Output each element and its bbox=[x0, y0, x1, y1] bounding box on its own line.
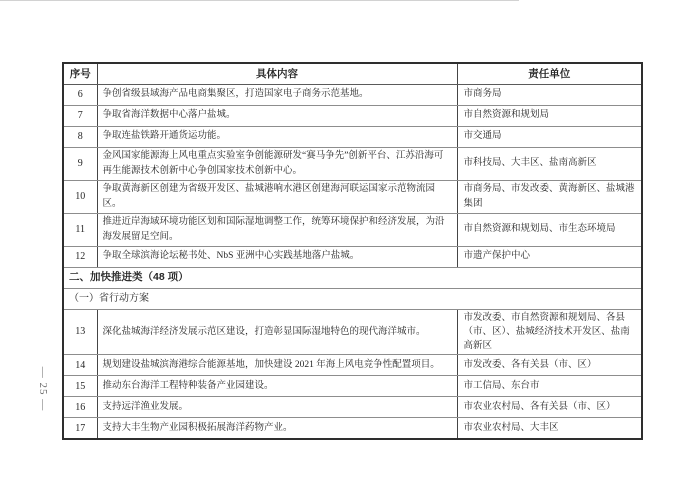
row-number-cell: 9 bbox=[63, 147, 97, 180]
row-number-cell: 11 bbox=[63, 213, 97, 246]
header-责任单位: 责任单位 bbox=[457, 63, 642, 84]
unit-cell: 市农业农村局、各有关县（市、区） bbox=[457, 397, 642, 418]
row-number-cell: 14 bbox=[63, 355, 97, 376]
row-number-cell: 10 bbox=[63, 180, 97, 213]
table-row: 14规划建设盐城滨海港综合能源基地，加快建设 2021 年海上风电竞争性配置项目… bbox=[63, 355, 642, 376]
unit-cell: 市商务局、市发改委、黄海新区、盐城港集团 bbox=[457, 180, 642, 213]
header-序号: 序号 bbox=[63, 63, 97, 84]
content-cell: 争取全球滨海论坛秘书处、NbS 亚洲中心实践基地落户盐城。 bbox=[97, 246, 457, 267]
content-cell: 争取黄海新区创建为省级开发区、盐城港响水港区创建海河联运国家示范物流园区。 bbox=[97, 180, 457, 213]
subsection-row: （一）省行动方案 bbox=[63, 288, 642, 309]
table-row: 17支持大丰生物产业园积极拓展海洋药物产业。市农业农村局、大丰区 bbox=[63, 418, 642, 439]
table-row: 9金风国家能源海上风电重点实验室争创能源研发“赛马争先”创新平台、江苏沿海可再生… bbox=[63, 147, 642, 180]
table-body: 6争创省级县域海产品电商集聚区，打造国家电子商务示范基地。市商务局7争取省海洋数… bbox=[63, 84, 642, 439]
unit-cell: 市交通局 bbox=[457, 126, 642, 147]
row-number-cell: 6 bbox=[63, 84, 97, 105]
unit-cell: 市自然资源和规划局 bbox=[457, 105, 642, 126]
table-row: 10争取黄海新区创建为省级开发区、盐城港响水港区创建海河联运国家示范物流园区。市… bbox=[63, 180, 642, 213]
content-cell: 推动东台海洋工程特种装备产业园建设。 bbox=[97, 376, 457, 397]
table-row: 12争取全球滨海论坛秘书处、NbS 亚洲中心实践基地落户盐城。市遗产保护中心 bbox=[63, 246, 642, 267]
table-row: 15推动东台海洋工程特种装备产业园建设。市工信局、东台市 bbox=[63, 376, 642, 397]
document-table: 序号 具体内容 责任单位 6争创省级县域海产品电商集聚区，打造国家电子商务示范基… bbox=[62, 62, 643, 440]
table-header-row: 序号 具体内容 责任单位 bbox=[63, 63, 642, 84]
table-row: 8争取连盐铁路开通货运功能。市交通局 bbox=[63, 126, 642, 147]
content-cell: 争取省海洋数据中心落户盐城。 bbox=[97, 105, 457, 126]
unit-cell: 市农业农村局、大丰区 bbox=[457, 418, 642, 439]
row-number-cell: 15 bbox=[63, 376, 97, 397]
section-label: 二、加快推进类（48 项） bbox=[63, 267, 642, 288]
content-cell: 争取连盐铁路开通货运功能。 bbox=[97, 126, 457, 147]
table-row: 16支持远洋渔业发展。市农业农村局、各有关县（市、区） bbox=[63, 397, 642, 418]
content-cell: 推进近岸海域环境功能区划和国际湿地调整工作，统筹环境保护和经济发展，为沿海发展留… bbox=[97, 213, 457, 246]
content-cell: 支持大丰生物产业园积极拓展海洋药物产业。 bbox=[97, 418, 457, 439]
subsection-label: （一）省行动方案 bbox=[63, 288, 642, 309]
unit-cell: 市自然资源和规划局、市生态环境局 bbox=[457, 213, 642, 246]
page-number: — 25 — bbox=[37, 367, 49, 412]
content-cell: 金风国家能源海上风电重点实验室争创能源研发“赛马争先”创新平台、江苏沿海可再生能… bbox=[97, 147, 457, 180]
table-row: 7争取省海洋数据中心落户盐城。市自然资源和规划局 bbox=[63, 105, 642, 126]
content-cell: 支持远洋渔业发展。 bbox=[97, 397, 457, 418]
row-number-cell: 8 bbox=[63, 126, 97, 147]
row-number-cell: 12 bbox=[63, 246, 97, 267]
unit-cell: 市发改委、市自然资源和规划局、各县（市、区）、盐城经济技术开发区、盐南高新区 bbox=[457, 309, 642, 355]
unit-cell: 市科技局、大丰区、盐南高新区 bbox=[457, 147, 642, 180]
unit-cell: 市遗产保护中心 bbox=[457, 246, 642, 267]
row-number-cell: 17 bbox=[63, 418, 97, 439]
document-page: { "page": { "number_label": "— 25 —" }, … bbox=[0, 0, 700, 494]
unit-cell: 市商务局 bbox=[457, 84, 642, 105]
row-number-cell: 16 bbox=[63, 397, 97, 418]
row-number-cell: 13 bbox=[63, 309, 97, 355]
unit-cell: 市工信局、东台市 bbox=[457, 376, 642, 397]
unit-cell: 市发改委、各有关县（市、区） bbox=[457, 355, 642, 376]
content-cell: 争创省级县域海产品电商集聚区，打造国家电子商务示范基地。 bbox=[97, 84, 457, 105]
scan-edge-artifact bbox=[0, 0, 519, 1]
row-number-cell: 7 bbox=[63, 105, 97, 126]
content-cell: 规划建设盐城滨海港综合能源基地，加快建设 2021 年海上风电竞争性配置项目。 bbox=[97, 355, 457, 376]
table-row: 13深化盐城海洋经济发展示范区建设，打造彰显国际湿地特色的现代海洋城市。市发改委… bbox=[63, 309, 642, 355]
table-row: 11推进近岸海域环境功能区划和国际湿地调整工作，统筹环境保护和经济发展，为沿海发… bbox=[63, 213, 642, 246]
section-row: 二、加快推进类（48 项） bbox=[63, 267, 642, 288]
content-cell: 深化盐城海洋经济发展示范区建设，打造彰显国际湿地特色的现代海洋城市。 bbox=[97, 309, 457, 355]
header-具体内容: 具体内容 bbox=[97, 63, 457, 84]
table-row: 6争创省级县域海产品电商集聚区，打造国家电子商务示范基地。市商务局 bbox=[63, 84, 642, 105]
